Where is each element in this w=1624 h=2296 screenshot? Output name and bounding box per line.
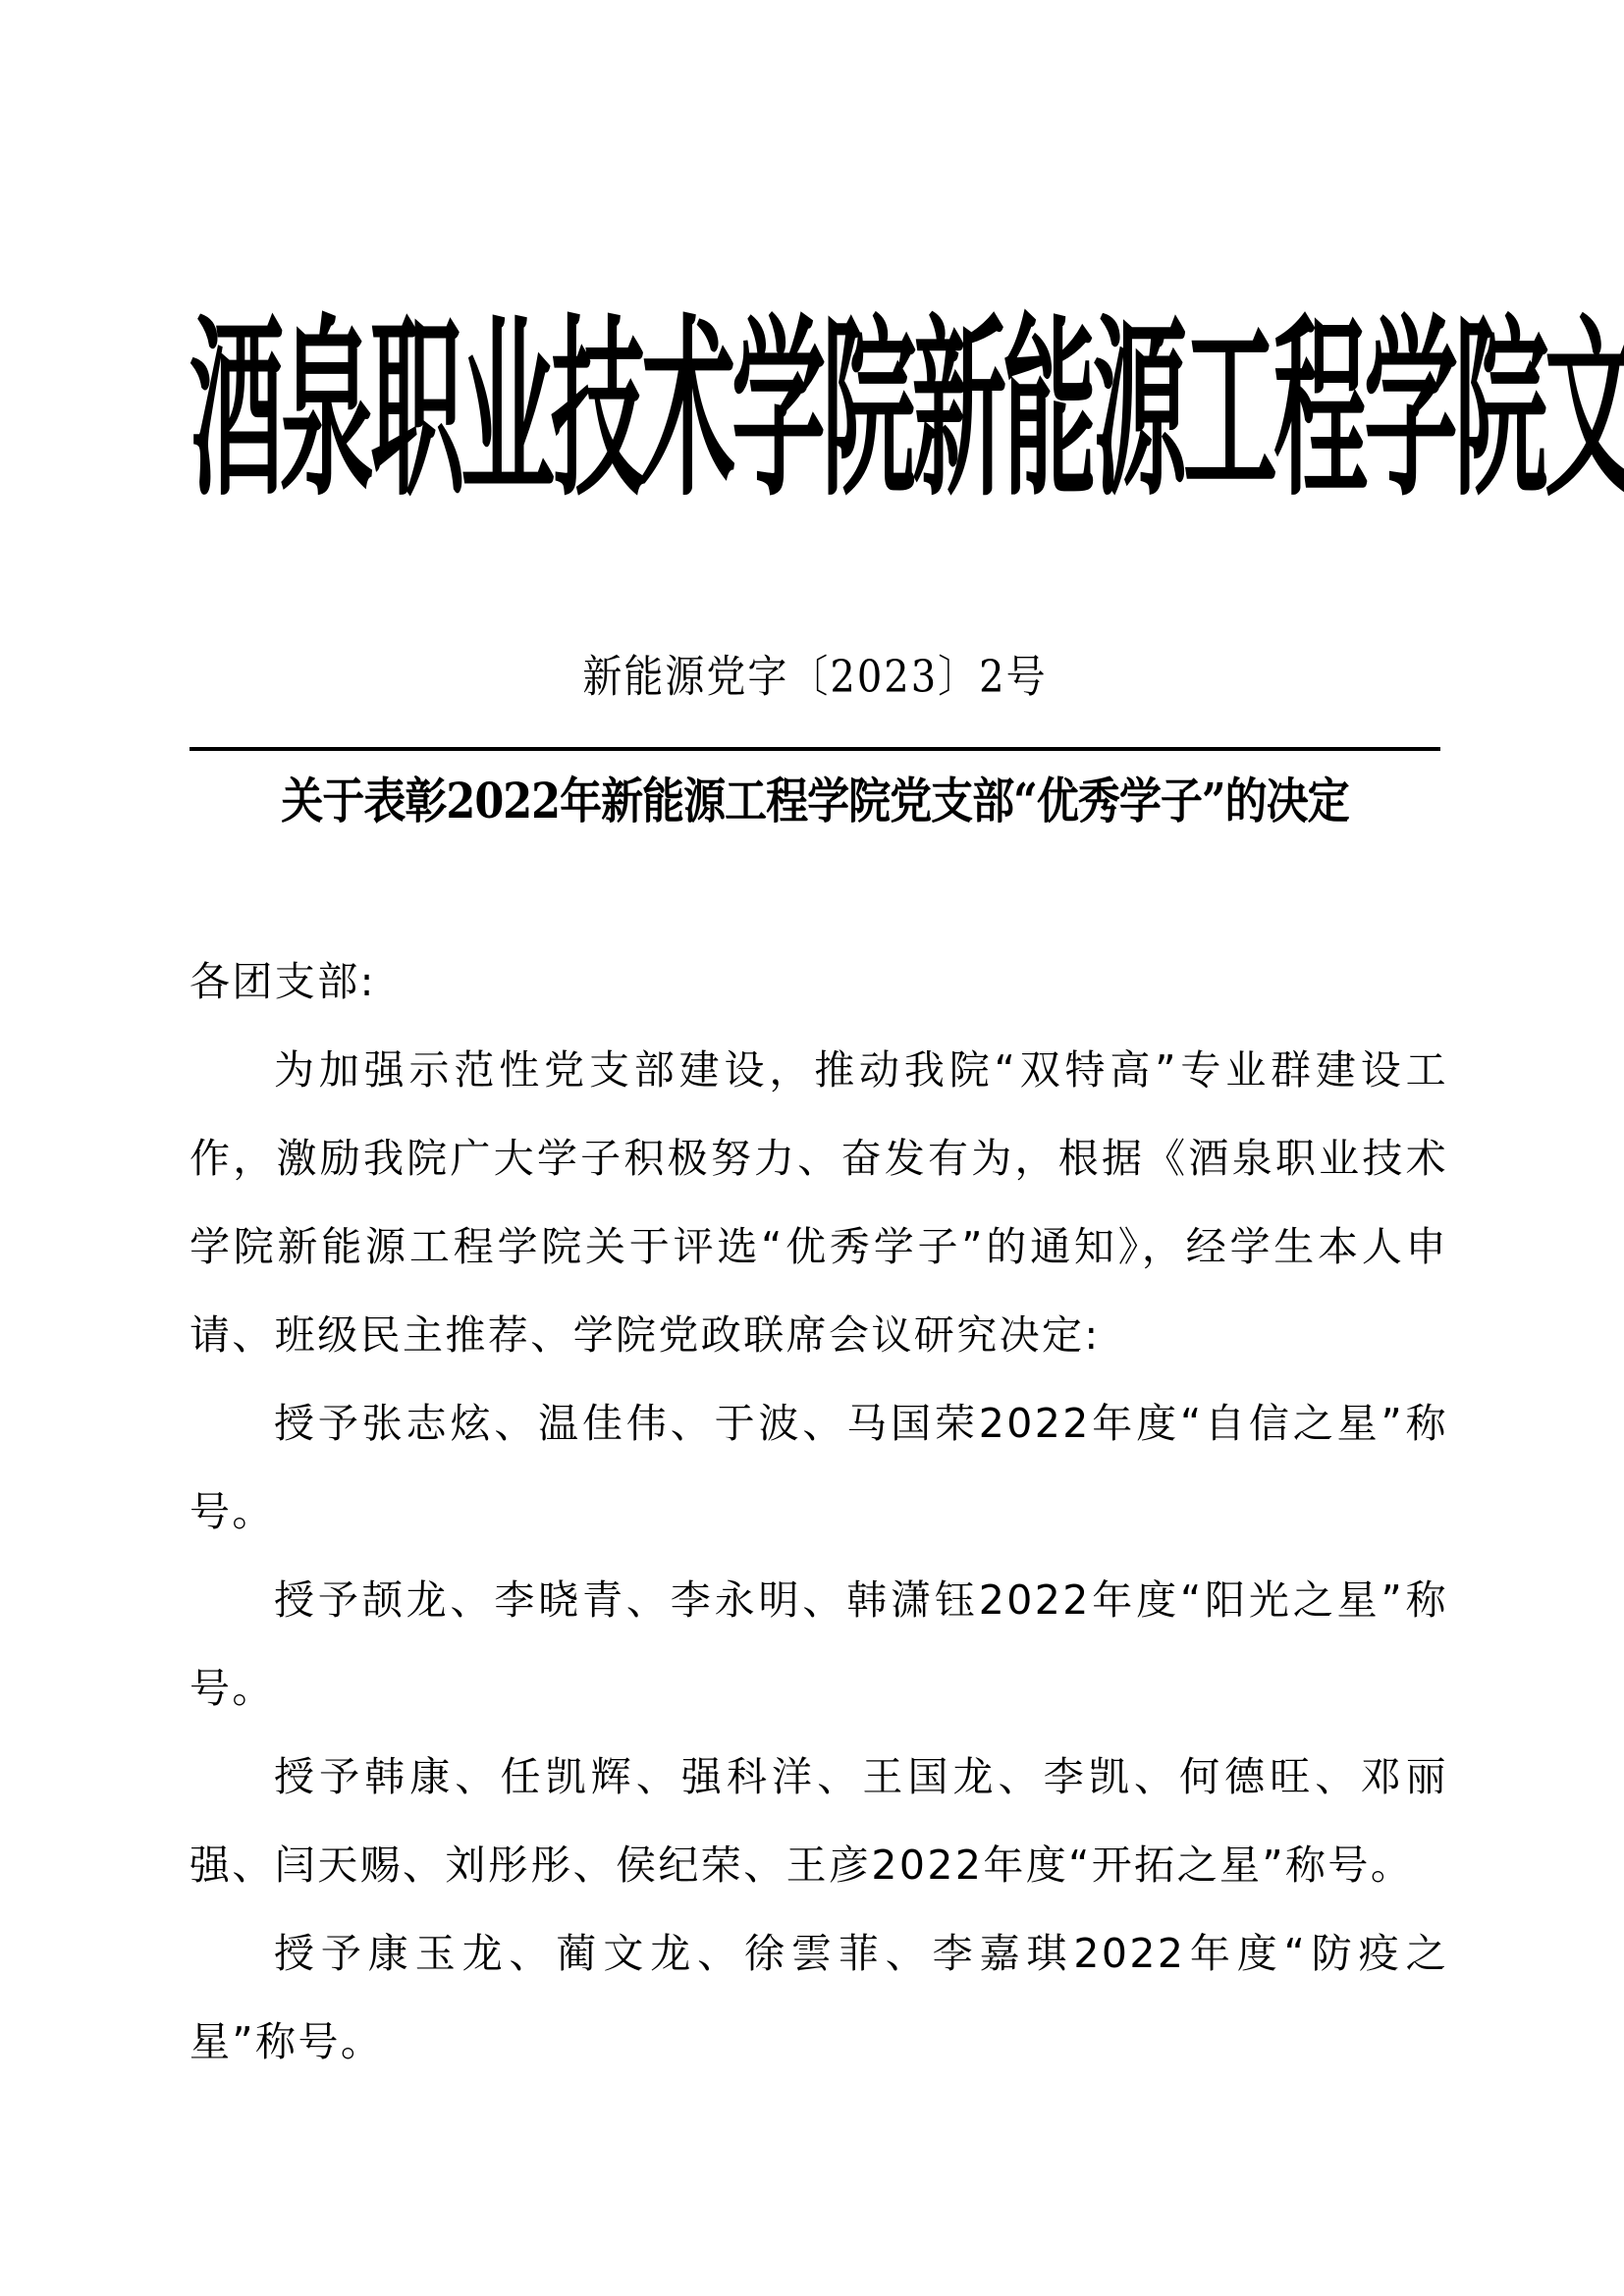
header-divider bbox=[189, 747, 1440, 751]
award-paragraph-confidence-star: 授予张志炫、温佳伟、于波、马国荣2022年度“自信之星”称号。 bbox=[189, 1379, 1448, 1556]
award-paragraph-sunshine-star: 授予颉龙、李晓青、李永明、韩潇钰2022年度“阳光之星”称号。 bbox=[189, 1556, 1448, 1733]
document-number: 新能源党字〔2023〕2号 bbox=[189, 644, 1440, 710]
document-body: 各团支部: 为加强示范性党支部建设，推动我院“双特高”专业群建设工作，激励我院广… bbox=[189, 937, 1448, 2086]
document-page: 酒泉职业技术学院新能源工程学院文件 新能源党字〔2023〕2号 关于表彰2022… bbox=[0, 0, 1624, 2296]
salutation: 各团支部: bbox=[189, 937, 1448, 1026]
award-paragraph-pioneer-star: 授予韩康、任凯辉、强科洋、王国龙、李凯、何德旺、邓丽强、闫天赐、刘彤彤、侯纪荣、… bbox=[189, 1733, 1448, 1909]
document-masthead: 酒泉职业技术学院新能源工程学院文件 bbox=[189, 312, 1440, 508]
masthead-title: 酒泉职业技术学院新能源工程学院文件 bbox=[189, 209, 1440, 612]
document-title: 关于表彰2022年新能源工程学院党支部“优秀学子”的决定 bbox=[189, 766, 1440, 838]
award-paragraph-epidemic-prevention-star: 授予康玉龙、蔺文龙、徐雲菲、李嘉琪2022年度“防疫之星”称号。 bbox=[189, 1909, 1448, 2086]
body-paragraph-intro: 为加强示范性党支部建设，推动我院“双特高”专业群建设工作，激励我院广大学子积极努… bbox=[189, 1026, 1448, 1379]
